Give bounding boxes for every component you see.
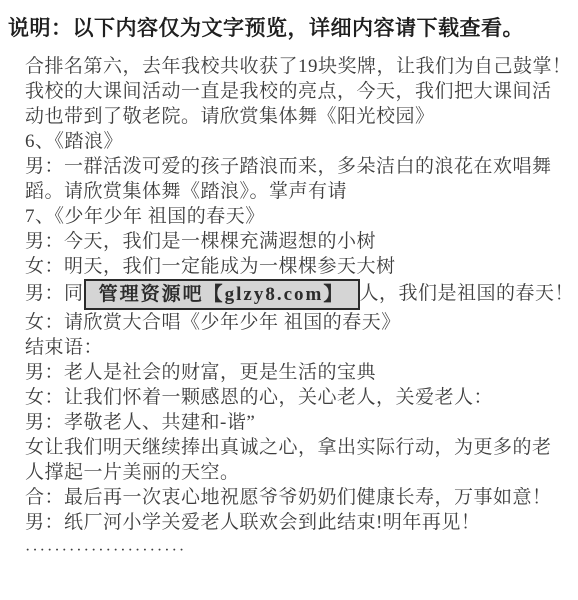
watermark-label: 管理资源吧【glzy8.com】: [99, 284, 345, 305]
text-line: 我校的大课间活动一直是我校的亮点，今天，我们把大课间活: [25, 79, 578, 104]
text-line-with-watermark: 男：同管理资源吧【glzy8.com】人，我们是祖国的春天！: [25, 279, 578, 310]
text-line: 女：让我们怀着一颗感恩的心，关心老人，关爱老人：: [25, 385, 578, 410]
text-line: 男：今天，我们是一棵棵充满遐想的小树: [25, 229, 578, 254]
text-line: 6、《踏浪》: [25, 129, 578, 154]
text-line: 女让我们明天继续捧出真诚之心，拿出实际行动，为更多的老: [25, 435, 578, 460]
text-line-segment: 人，我们是祖国的春天！: [360, 283, 575, 304]
text-line-segment: 男：同: [25, 283, 84, 304]
text-line: 男：孝敬老人、共建和-谐”: [25, 410, 578, 435]
preview-page: 说明：以下内容仅为文字预览，详细内容请下载查看。 合排名第六，去年我校共收获了1…: [0, 0, 578, 600]
text-line: 人撑起一片美丽的天空。: [25, 460, 578, 485]
text-line: 男：纸厂河小学关爱老人联欢会到此结束!明年再见！: [25, 510, 578, 535]
ellipsis-line: ······················: [25, 538, 578, 563]
text-line: 男：一群活泼可爱的孩子踏浪而来，多朵洁白的浪花在欢唱舞: [25, 154, 578, 179]
text-line: 蹈。请欣赏集体舞《踏浪》。掌声有请: [25, 179, 578, 204]
text-line: 合：最后再一次衷心地祝愿爷爷奶奶们健康长寿，万事如意！: [25, 485, 578, 510]
document-text: 合排名第六，去年我校共收获了19块奖牌，让我们为自己鼓掌！ 我校的大课间活动一直…: [0, 54, 578, 563]
text-line: 结束语：: [25, 335, 578, 360]
text-line: 女：明天，我们一定能成为一棵棵参天大树: [25, 254, 578, 279]
preview-notice: 说明：以下内容仅为文字预览，详细内容请下载查看。: [0, 0, 578, 41]
text-line: 女：请欣赏大合唱《少年少年 祖国的春天》: [25, 310, 578, 335]
text-line: 男：老人是社会的财富，更是生活的宝典: [25, 360, 578, 385]
watermark-box: 管理资源吧【glzy8.com】: [84, 279, 360, 310]
text-line: 7、《少年少年 祖国的春天》: [25, 204, 578, 229]
text-line: 动也带到了敬老院。请欣赏集体舞《阳光校园》: [25, 104, 578, 129]
text-line: 合排名第六，去年我校共收获了19块奖牌，让我们为自己鼓掌！: [25, 54, 578, 79]
